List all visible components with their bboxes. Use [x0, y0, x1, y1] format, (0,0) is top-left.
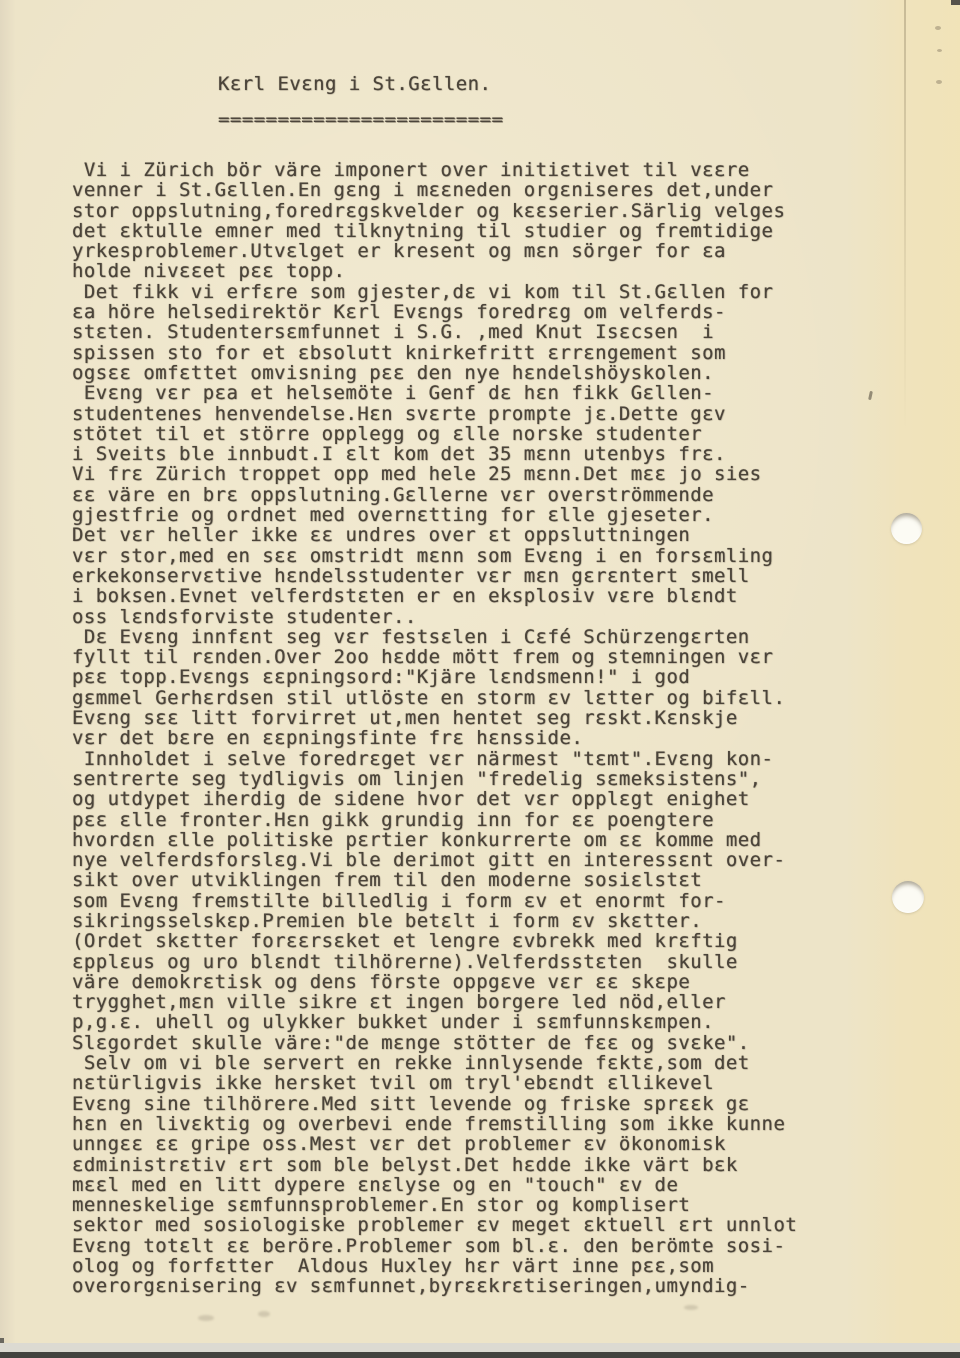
ink-smudge [198, 1315, 214, 1321]
punch-hole-top [891, 513, 922, 544]
paper-crease [904, 0, 906, 430]
scan-edge-light [0, 1343, 960, 1352]
ink-smudge [258, 1311, 270, 1317]
title-underline: ======================== [218, 111, 503, 130]
ink-smudge [684, 1305, 698, 1310]
document-body-text: Vi i Zürich bör väre imponert over initi… [72, 160, 797, 1297]
document-title: Kɛrl Evɛng i St.Gɛllen. [218, 73, 491, 95]
pencil-speck [935, 26, 941, 30]
punch-hole-bottom [892, 881, 924, 913]
scanned-document-page: Kɛrl Evɛng i St.Gɛllen. ================… [0, 0, 960, 1358]
scan-corner-mark [951, 0, 960, 5]
pencil-speck [937, 49, 942, 52]
stray-ink-tick [868, 391, 873, 400]
pencil-speck [936, 80, 942, 84]
scan-edge-dark [0, 1352, 960, 1358]
